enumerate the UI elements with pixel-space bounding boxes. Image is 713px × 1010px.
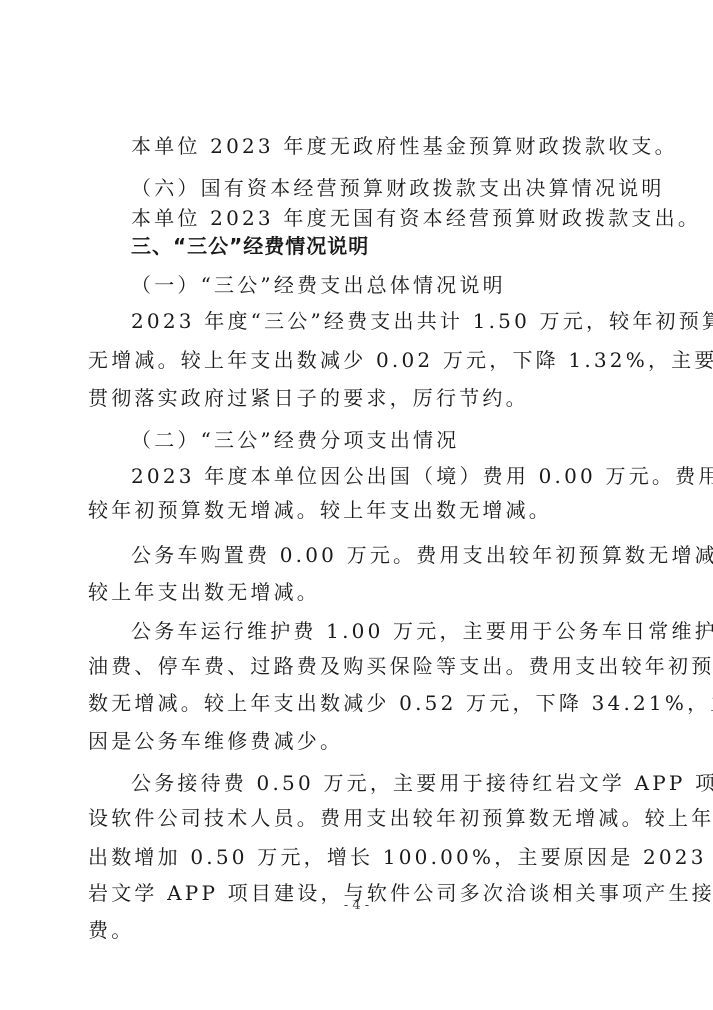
text-line: 公务车运行维护费 1.00 万元，主要用于公务车日常维护、 bbox=[131, 619, 713, 643]
text-line: 油费、停车费、过路费及购买保险等支出。费用支出较年初预算 bbox=[88, 654, 713, 678]
text-line: 公务接待费 0.50 万元，主要用于接待红岩文学 APP 项目建 bbox=[131, 771, 713, 795]
text-line: 公务车购置费 0.00 万元。费用支出较年初预算数无增减。 bbox=[131, 543, 713, 567]
document-page: 本单位 2023 年度无政府性基金预算财政拨款收支。（六）国有资本经营预算财政拨… bbox=[0, 0, 713, 1010]
text-line: （二）“三公”经费分项支出情况 bbox=[131, 428, 459, 452]
text-line: 2023 年度“三公”经费支出共计 1.50 万元，较年初预算数 bbox=[131, 309, 713, 333]
text-line: 较年初预算数无增减。较上年支出数无增减。 bbox=[88, 498, 552, 522]
section-heading: 三、“三公”经费情况说明 bbox=[131, 234, 369, 258]
text-line: 较上年支出数无增减。 bbox=[88, 580, 320, 604]
text-line: 本单位 2023 年度无政府性基金预算财政拨款收支。 bbox=[131, 134, 678, 158]
text-line: 出数增加 0.50 万元，增长 100.00%，主要原因是 2023 年启动红 bbox=[88, 845, 713, 869]
text-line: 设软件公司技术人员。费用支出较年初预算数无增减。较上年支 bbox=[88, 806, 713, 830]
text-line: 本单位 2023 年度无国有资本经营预算财政拨款支出。 bbox=[131, 206, 701, 230]
text-line: 无增减。较上年支出数减少 0.02 万元，下降 1.32%，主要原因是 bbox=[88, 348, 713, 372]
text-line: 贯彻落实政府过紧日子的要求，厉行节约。 bbox=[88, 386, 529, 410]
text-line: 因是公务车维修费减少。 bbox=[88, 729, 343, 753]
text-line: （一）“三公”经费支出总体情况说明 bbox=[131, 273, 506, 297]
text-line: 数无增减。较上年支出数减少 0.52 万元，下降 34.21%，主要原 bbox=[88, 691, 713, 715]
page-number: - 4 - bbox=[0, 898, 713, 913]
text-line: 费。 bbox=[88, 918, 134, 942]
text-line: 2023 年度本单位因公出国（境）费用 0.00 万元。费用支出 bbox=[131, 464, 713, 488]
text-line: （六）国有资本经营预算财政拨款支出决算情况说明 bbox=[131, 176, 665, 200]
